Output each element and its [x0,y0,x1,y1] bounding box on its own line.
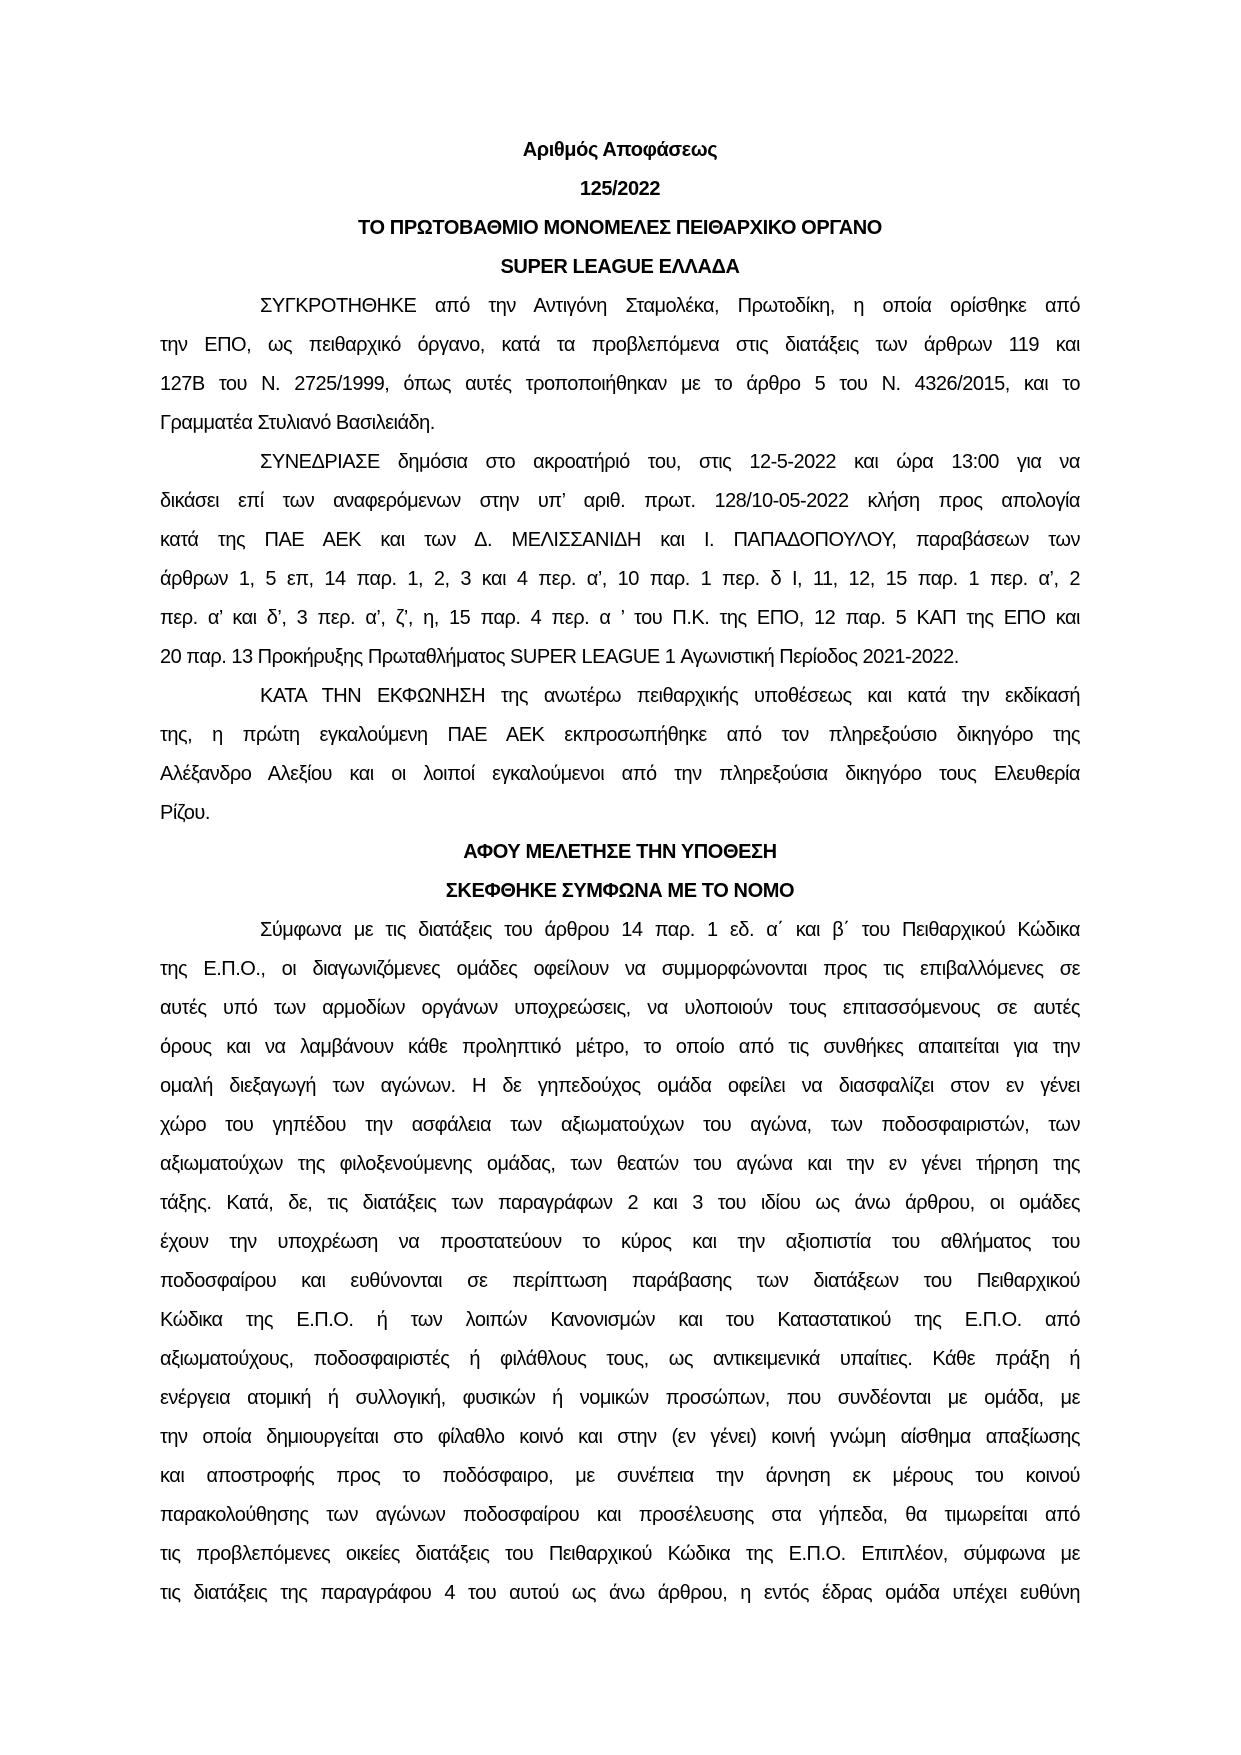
paragraph-line: κατά της ΠΑΕ ΑΕΚ και των Δ. ΜΕΛΙΣΣΑΝΙΔΗ … [160,528,1080,552]
paragraph-line: τις προβλεπόμενες οικείες διατάξεις του … [160,1542,1080,1566]
section-heading: ΑΦΟΥ ΜΕΛΕΤΗΣΕ ΤΗΝ ΥΠΟΘΕΣΗ [160,840,1080,864]
paragraph-line: αξιωματούχους, ποδοσφαιριστές ή φιλάθλου… [160,1347,1080,1371]
paragraph-line: αξιωματούχων της φιλοξενούμενης ομάδας, … [160,1152,1080,1176]
paragraph-line: τις διατάξεις της παραγράφου 4 του αυτού… [160,1581,1080,1605]
document-page: Αριθμός Αποφάσεως 125/2022 ΤΟ ΠΡΩΤΟΒΑΘΜΙ… [0,0,1241,1755]
paragraph-line: τάξης. Κατά, δε, τις διατάξεις των παραγ… [160,1191,1080,1215]
paragraph-line: ΣΥΝΕΔΡΙΑΣΕ δημόσια στο ακροατήριό του, σ… [260,450,1080,474]
paragraph-line: ΣΥΓΚΡΟΤΗΘΗΚΕ από την Αντιγόνη Σταμολέκα,… [260,294,1080,318]
section-heading: ΣΚΕΦΘΗΚΕ ΣΥΜΦΩΝΑ ΜΕ ΤΟ ΝΟΜΟ [160,879,1080,903]
paragraph-line: την οποία δημιουργείται στο φίλαθλο κοιν… [160,1425,1080,1449]
paragraph-line: την ΕΠΟ, ως πειθαρχικό όργανο, κατά τα π… [160,333,1080,357]
paragraph-line: άρθρων 1, 5 επ, 14 παρ. 1, 2, 3 και 4 πε… [160,567,1080,591]
paragraph-line: χώρο του γηπέδου την ασφάλεια των αξιωμα… [160,1113,1080,1137]
paragraph-line: 20 παρ. 13 Προκήρυξης Πρωταθλήματος SUPE… [160,645,1080,669]
paragraph-line: Σύμφωνα με τις διατάξεις του άρθρου 14 π… [260,918,1080,942]
paragraph-line: ομαλή διεξαγωγή των αγώνων. Η δε γηπεδού… [160,1074,1080,1098]
paragraph-line: παρακολούθησης των αγώνων ποδοσφαίρου κα… [160,1503,1080,1527]
paragraph-line: της Ε.Π.Ο., οι διαγωνιζόμενες ομάδες οφε… [160,957,1080,981]
paragraph-line: περ. α’ και δ’, 3 περ. α’, ζ’, η, 15 παρ… [160,606,1080,630]
disciplinary-body-name: ΤΟ ΠΡΩΤΟΒΑΘΜΙΟ ΜΟΝΟΜΕΛΕΣ ΠΕΙΘΑΡΧΙΚΟ ΟΡΓΑ… [160,216,1080,240]
decision-number: 125/2022 [160,177,1080,201]
paragraph-line: δικάσει επί των αναφερόμενων στην υπ’ αρ… [160,489,1080,513]
paragraph-line: Αλέξανδρο Αλεξίου και οι λοιποί εγκαλούμ… [160,762,1080,786]
decision-title: Αριθμός Αποφάσεως [160,138,1080,162]
paragraph-line: αυτές υπό των αρμοδίων οργάνων υποχρεώσε… [160,996,1080,1020]
paragraph-line: όρους και να λαμβάνουν κάθε προληπτικό μ… [160,1035,1080,1059]
paragraph-line: ποδοσφαίρου και ευθύνονται σε περίπτωση … [160,1269,1080,1293]
league-name: SUPER LEAGUE ΕΛΛΑΔΑ [160,255,1080,279]
paragraph-line: ενέργεια ατομική ή συλλογική, φυσικών ή … [160,1386,1080,1410]
paragraph-line: Κώδικα της Ε.Π.Ο. ή των λοιπών Κανονισμώ… [160,1308,1080,1332]
paragraph-line: έχουν την υποχρέωση να προστατεύουν το κ… [160,1230,1080,1254]
paragraph-line: Γραμματέα Στυλιανό Βασιλειάδη. [160,411,1080,435]
paragraph-line: της, η πρώτη εγκαλούμενη ΠΑΕ ΑΕΚ εκπροσω… [160,723,1080,747]
paragraph-line: και αποστροφής προς το ποδόσφαιρο, με συ… [160,1464,1080,1488]
paragraph-line: ΚΑΤΑ ΤΗΝ ΕΚΦΩΝΗΣΗ της ανωτέρω πειθαρχική… [260,684,1080,708]
paragraph-line: Ρίζου. [160,801,1080,825]
paragraph-line: 127Β του Ν. 2725/1999, όπως αυτές τροποπ… [160,372,1080,396]
